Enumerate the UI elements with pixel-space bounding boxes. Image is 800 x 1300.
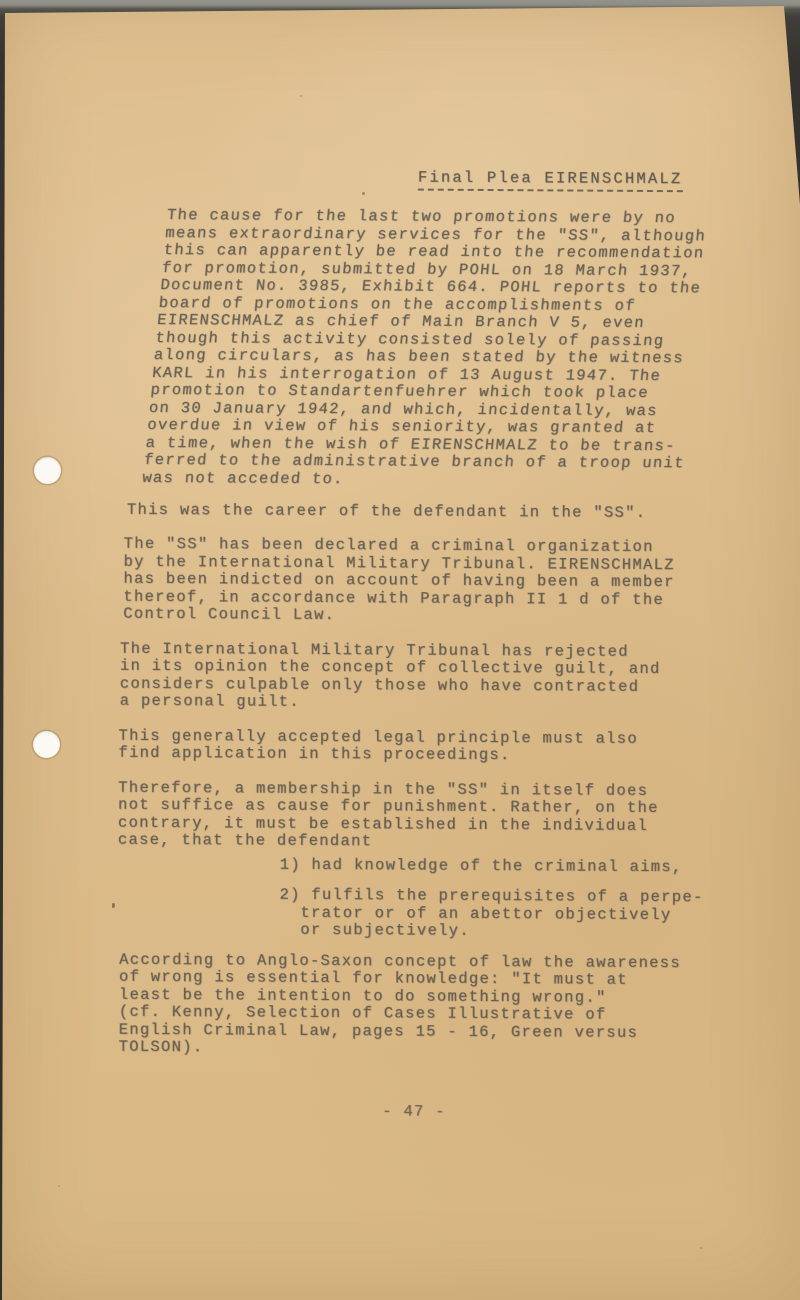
ink-speck — [362, 192, 365, 195]
paragraph-legal-principle: This generally accepted legal principle … — [118, 727, 796, 766]
document-title-text: Final Plea EIRENSCHMALZ — [418, 170, 683, 192]
typed-text-column: Final Plea EIRENSCHMALZ The cause for th… — [0, 167, 800, 1123]
document-page: Final Plea EIRENSCHMALZ The cause for th… — [0, 0, 800, 1300]
paragraph-promotions: The cause for the last two promotions we… — [142, 207, 800, 491]
paragraph-membership: Therefore, a membership in the "SS" in i… — [118, 779, 796, 853]
ink-speck — [112, 903, 115, 908]
page-number: - 47 - — [382, 1103, 794, 1123]
ink-speck — [700, 1247, 702, 1249]
paragraph-ss-declared-criminal: The "SS" has been declared a criminal or… — [123, 536, 798, 628]
list-item-knowledge: 1) had knowledge of the criminal aims, — [280, 856, 796, 877]
paragraph-collective-guilt: The International Military Tribunal has … — [120, 640, 797, 714]
document-title: Final Plea EIRENSCHMALZ — [418, 170, 800, 193]
paragraph-anglo-saxon-law: According to Anglo-Saxon concept of law … — [119, 951, 796, 1060]
ink-speck — [300, 95, 302, 97]
list-item-perpetrator: 2) fulfils the prerequisites of a perpe-… — [279, 887, 795, 943]
paragraph-career: This was the career of the defendant in … — [127, 501, 798, 523]
ink-speck — [58, 1185, 60, 1187]
